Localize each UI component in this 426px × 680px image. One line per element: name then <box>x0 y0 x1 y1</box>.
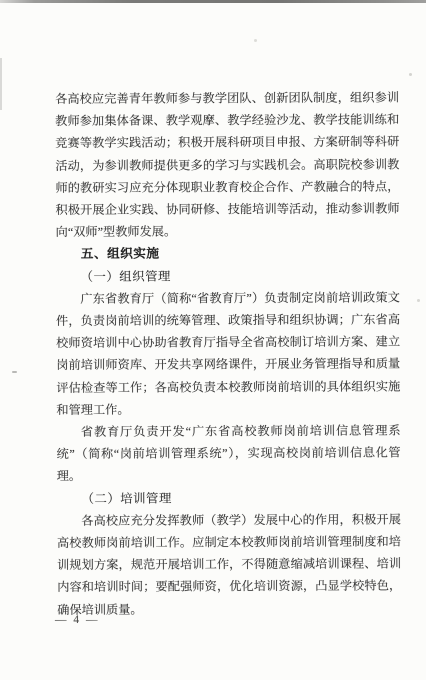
scan-speck <box>417 299 420 302</box>
scan-edge-line <box>0 0 426 3</box>
body-paragraph-continuation: 各高校应完善青年教师参与教学团队、创新团队制度，组织参训教师参加集体备课、教学观… <box>55 86 400 243</box>
section-heading-organization-implementation: 五、组织实施 <box>56 242 400 266</box>
body-paragraph: 各高校应充分发挥教师（教学）发展中心的作用，积极开展高校教师岗前培训工作。应制定… <box>57 508 401 621</box>
scan-smudge <box>0 58 2 110</box>
scan-speck <box>409 73 412 76</box>
scanned-document-page: 各高校应完善青年教师参与教学团队、创新团队制度，组织参训教师参加集体备课、教学观… <box>0 0 426 680</box>
body-paragraph: 广东省教育厅（简称“省教育厅”）负责制定岗前培训政策文件，负责岗前培训的统筹管理… <box>56 286 401 421</box>
scan-speck <box>254 39 257 42</box>
document-body: 各高校应完善青年教师参与教学团队、创新团队制度，组织参训教师参加集体备课、教学观… <box>55 86 401 620</box>
sub-heading-organization-management: （一）组织管理 <box>56 264 400 288</box>
sub-heading-training-management: （二）培训管理 <box>57 486 401 510</box>
body-paragraph: 省教育厅负责开发“广东省高校教师岗前培训信息管理系统”（简称“岗前培训管理系统”… <box>56 420 400 488</box>
scan-speck <box>12 371 17 373</box>
page-number: — 4 — <box>55 614 100 626</box>
